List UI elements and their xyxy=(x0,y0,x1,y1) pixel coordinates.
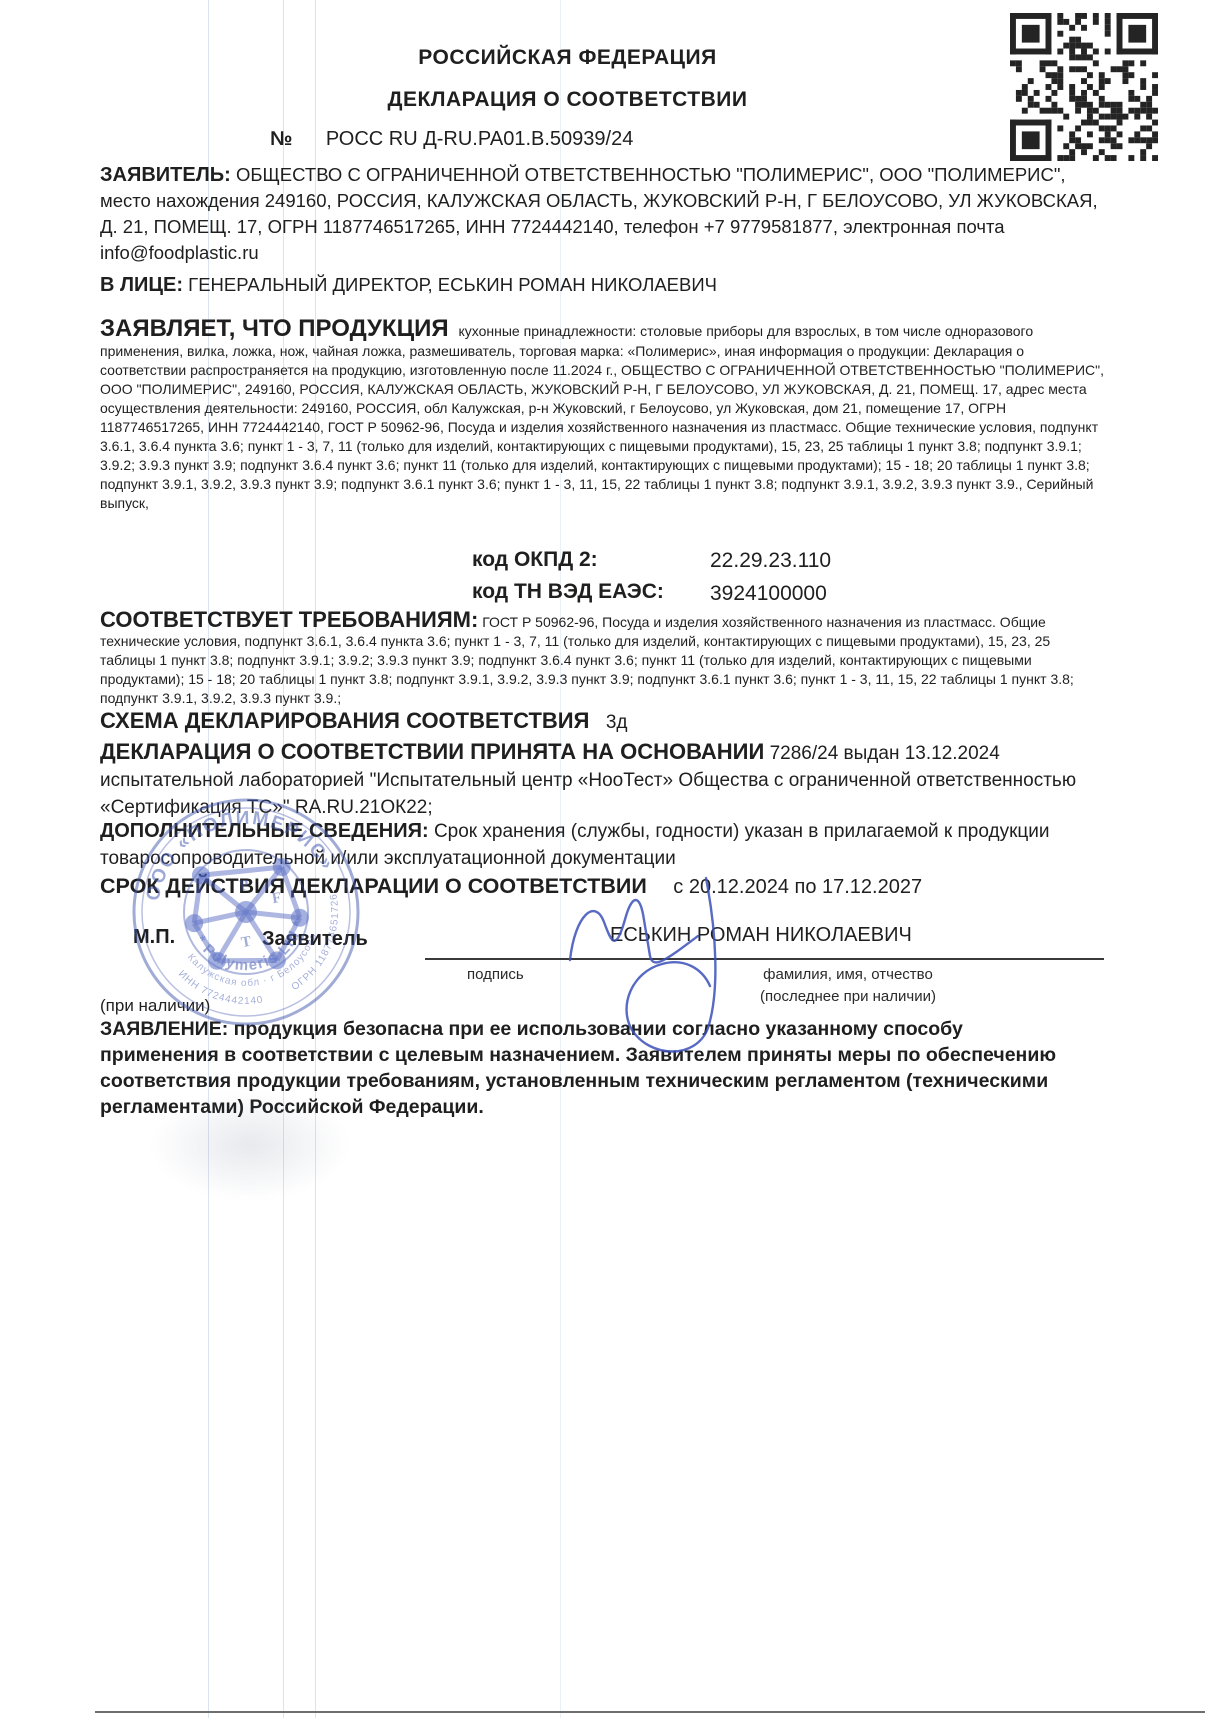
declaration-document-page: РОССИЙСКАЯ ФЕДЕРАЦИЯ ДЕКЛАРАЦИЯ О СООТВЕ… xyxy=(0,0,1205,1718)
company-stamp: ООО «ПОЛИМЕРИС» ИНН 7724442140 ОГРН 1187… xyxy=(96,762,396,1062)
in-person-text: ГЕНЕРАЛЬНЫЙ ДИРЕКТОР, ЕСЬКИН РОМАН НИКОЛ… xyxy=(188,274,717,295)
basis-label: ДЕКЛАРАЦИЯ О СООТВЕТСТВИИ ПРИНЯТА НА ОСН… xyxy=(100,739,764,764)
stamp-letter-f: F xyxy=(271,890,283,907)
declaration-number-line: № РОСС RU Д-RU.РА01.В.50939/24 xyxy=(270,128,633,151)
applicant-text: ОБЩЕСТВО С ОГРАНИЧЕННОЙ ОТВЕТСТВЕННОСТЬЮ… xyxy=(100,164,1098,263)
tnved-label: код ТН ВЭД ЕАЭС: xyxy=(472,580,664,603)
page-bottom-edge-line xyxy=(95,1711,1205,1713)
stamp-letter-p: P xyxy=(238,877,250,894)
okpd-row: код ОКПД 2: 22.29.23.110 xyxy=(472,548,598,572)
in-person-line: В ЛИЦЕ: ГЕНЕРАЛЬНЫЙ ДИРЕКТОР, ЕСЬКИН РОМ… xyxy=(100,272,1108,298)
product-label: ЗАЯВЛЯЕТ, ЧТО ПРОДУКЦИЯ xyxy=(100,315,449,342)
product-paragraph: ЗАЯВЛЯЕТ, ЧТО ПРОДУКЦИЯ кухонные принадл… xyxy=(100,316,1108,513)
stamp-letter-t: T xyxy=(240,934,253,951)
country-title: РОССИЙСКАЯ ФЕДЕРАЦИЯ xyxy=(95,46,1040,70)
stamp-smudge-artifact xyxy=(150,1090,350,1200)
compliance-paragraph: СООТВЕТСТВУЕТ ТРЕБОВАНИЯМ: ГОСТ Р 50962-… xyxy=(100,608,1108,708)
tnved-row: код ТН ВЭД ЕАЭС: 3924100000 xyxy=(472,580,664,604)
scheme-value: 3д xyxy=(606,712,628,733)
compliance-label: СООТВЕТСТВУЕТ ТРЕБОВАНИЯМ: xyxy=(100,607,478,632)
declaration-number: РОСС RU Д-RU.РА01.В.50939/24 xyxy=(326,128,633,150)
okpd-label: код ОКПД 2: xyxy=(472,548,598,571)
product-text: кухонные принадлежности: столовые прибор… xyxy=(100,323,1104,511)
in-person-label: В ЛИЦЕ: xyxy=(100,274,183,296)
document-title: ДЕКЛАРАЦИЯ О СООТВЕТСТВИИ xyxy=(95,88,1040,112)
tnved-value: 3924100000 xyxy=(710,582,827,606)
scheme-label: СХЕМА ДЕКЛАРИРОВАНИЯ СООТВЕТСТВИЯ xyxy=(100,708,589,733)
handwritten-signature xyxy=(520,860,840,1080)
applicant-label: ЗАЯВИТЕЛЬ: xyxy=(100,164,231,186)
qr-code xyxy=(1010,13,1158,161)
applicant-paragraph: ЗАЯВИТЕЛЬ: ОБЩЕСТВО С ОГРАНИЧЕННОЙ ОТВЕТ… xyxy=(100,162,1108,266)
okpd-value: 22.29.23.110 xyxy=(710,549,831,573)
scheme-line: СХЕМА ДЕКЛАРИРОВАНИЯ СООТВЕТСТВИЯ 3д xyxy=(100,708,1108,736)
number-sign: № xyxy=(270,128,292,150)
